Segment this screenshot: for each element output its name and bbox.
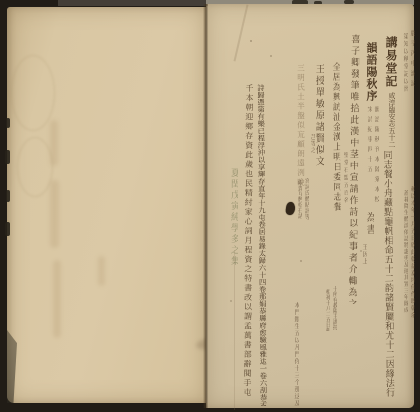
spine-edge-bump	[6, 190, 10, 202]
scanned-manuscript-photo: 麗孚丙申謁記第知以稱堂記以習講易堂記咸淳臨安志五十二同志餐小舟藏點龜帆相命五十二…	[0, 0, 420, 412]
draft-weishu: 為書	[364, 212, 374, 242]
note-wangyinshang: 王因上	[361, 244, 367, 270]
note-qidengzhi: 芑等之	[309, 134, 315, 156]
note-gongci: 宮詞氏體貼訊等	[303, 178, 309, 220]
bleed-through-mark	[50, 120, 58, 166]
margin-long-note-b: 蓋暮降生體淡依誌將惠勇及運其置三年既成	[402, 190, 408, 318]
source-linanzhi: 咸淳臨安志五十二	[388, 92, 395, 148]
water-stain-ring	[11, 55, 55, 131]
fold-crease	[234, 5, 249, 62]
draft-quanju: 全居為興訪沚金漢上明日委同志餐	[330, 62, 340, 212]
bottom-note-column: 本門銀生五以凡門你十三个那这及	[293, 302, 299, 408]
mid-note-a: 十所有教陽主湖托	[331, 286, 337, 330]
water-stain-ring	[17, 137, 53, 197]
bleed-through-mark	[50, 180, 59, 248]
draft-wangshou: 王授單敏原諸賢似文	[314, 64, 324, 172]
fold-crease	[234, 250, 235, 410]
margin-note-a: 麗孚丙申謁記	[409, 30, 415, 92]
left-blank-page	[7, 7, 206, 403]
title-yunyuyangqiu: 韻語陽秋序	[366, 42, 377, 102]
spine-edge-bump	[5, 150, 10, 164]
bleed-through-mark	[53, 260, 61, 338]
bleed-through-mark	[98, 256, 105, 286]
title-jiangyitangji: 講易堂記	[385, 36, 397, 88]
scan-edge-strip-left	[58, 0, 206, 6]
note-songshijishi: 宋詩紀事四十五	[366, 106, 372, 176]
spine-edge-bump	[6, 118, 10, 128]
page-gutter-fold	[203, 4, 208, 408]
margin-note-b: 第知以稱堂記以習	[402, 33, 408, 93]
note-yunyuyangqiu: 韻語陽秋刊本陸棠本校	[373, 106, 379, 206]
note-kugui: 庫貴互麪松石諸	[296, 180, 302, 220]
spine-edge-bump	[5, 222, 10, 236]
interlinear-shengtang: 聖堂石盟五百名	[342, 152, 348, 204]
mid-note-b: 相神十八二五日相	[324, 289, 330, 331]
margin-long-note-a: 賴以本年一月五日欣此乾益嘉坪佳作既朝余	[409, 186, 415, 318]
green-date-column: 夏閏戊寅純學多之集	[229, 168, 238, 268]
